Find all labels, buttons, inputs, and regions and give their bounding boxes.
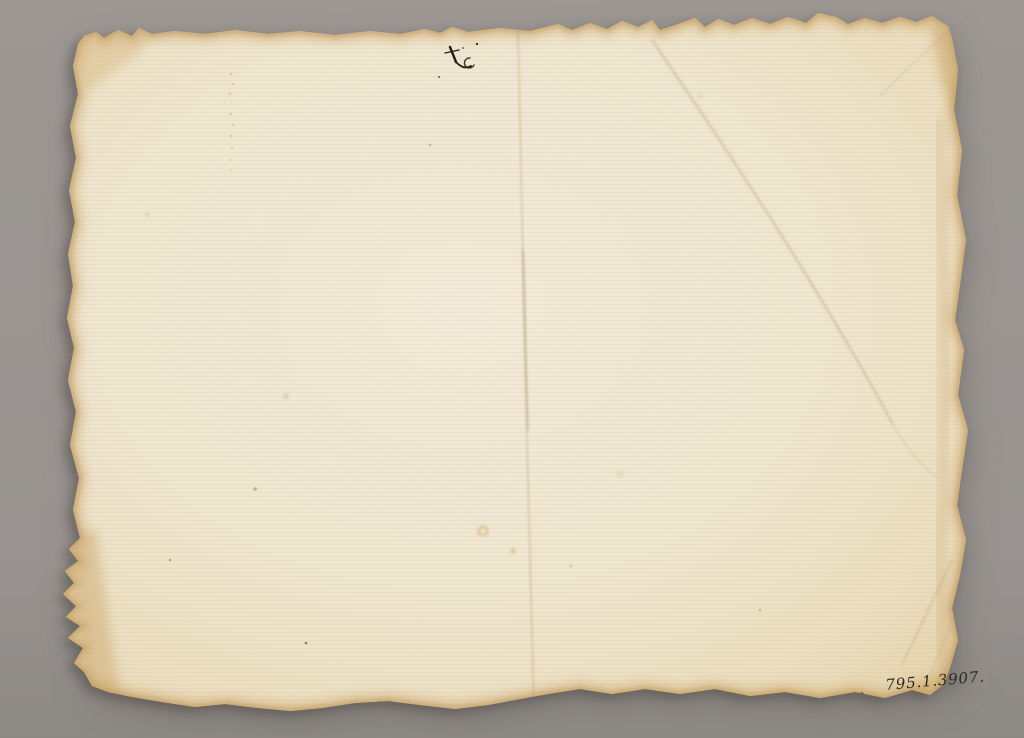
photo-canvas: 795.1.3907. [0,0,1024,738]
paper-photo: 795.1.3907. [0,0,1024,738]
paper-sheet: 795.1.3907. [60,10,985,730]
